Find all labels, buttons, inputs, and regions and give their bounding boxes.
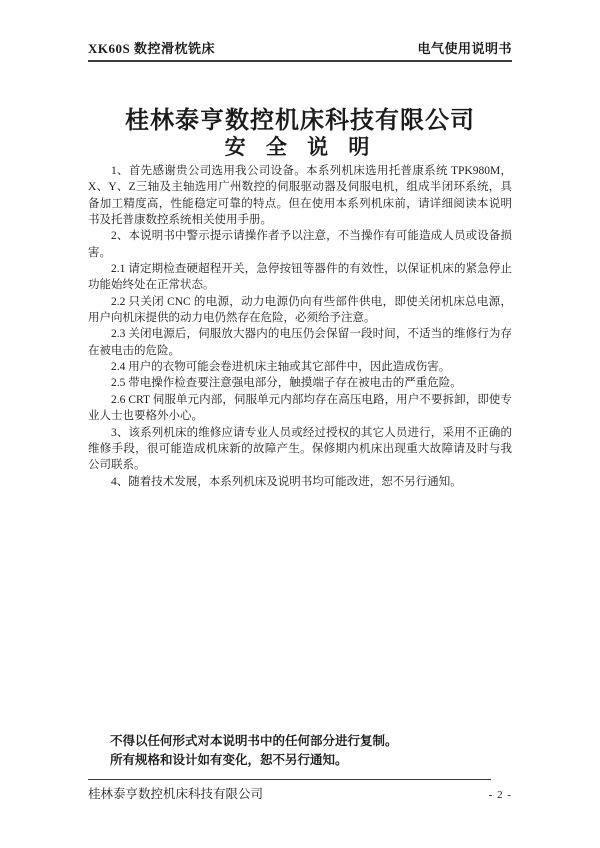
safety-paragraph-2-2: 2.2 只关闭 CNC 的电源，动力电源仍向有些部件供电，即使关闭机床总电源，用…: [88, 294, 512, 327]
manual-page: XK60S 数控滑枕铣床 电气使用说明书 桂林泰亨数控机床科技有限公司 安 全 …: [0, 0, 600, 848]
safety-paragraph-2-1: 2.1 请定期检查硬超程开关，急停按钮等器件的有效性，以保证机床的紧急停止功能始…: [88, 261, 512, 294]
safety-instructions: 1、首先感谢贵公司选用我公司设备。本系列机床选用托普康系统 TPK980M，X、…: [88, 163, 512, 490]
safety-paragraph-2: 2、本说明书中警示提示请操作者予以注意，不当操作有可能造成人员或设备损害。: [88, 228, 512, 261]
safety-paragraph-1: 1、首先感谢贵公司选用我公司设备。本系列机床选用托普康系统 TPK980M，X、…: [88, 163, 512, 228]
safety-paragraph-3: 3、该系列机床的维修应请专业人员或经过授权的其它人员进行，采用不正确的维修手段，…: [88, 425, 512, 474]
notice-line-changes: 所有规格和设计如有变化，恕不另行通知。: [110, 751, 398, 770]
safety-heading: 安 全 说 明: [0, 131, 600, 161]
safety-paragraph-2-5: 2.5 带电操作检查要注意强电部分，触摸端子存在被电击的严重危险。: [88, 375, 512, 391]
safety-paragraph-2-6: 2.6 CRT 伺服单元内部，伺服单元内部均存在高压电路，用户不要拆卸，即使专业…: [88, 392, 512, 425]
safety-paragraph-2-4: 2.4 用户的衣物可能会卷进机床主轴或其它部件中，因此造成伤害。: [88, 359, 512, 375]
header-doc-title: 电气使用说明书: [417, 38, 512, 57]
safety-paragraph-2-3: 2.3 关闭电源后，伺服放大器内的电压仍会保留一段时间，不适当的维修行为存在被电…: [88, 326, 512, 359]
copyright-notice: 不得以任何形式对本说明书中的任何部分进行复制。 所有规格和设计如有变化，恕不另行…: [110, 732, 398, 769]
notice-line-copy: 不得以任何形式对本说明书中的任何部分进行复制。: [110, 732, 398, 751]
page-header: XK60S 数控滑枕铣床 电气使用说明书: [88, 38, 512, 62]
safety-paragraph-4: 4、随着技术发展，本系列机床及说明书均可能改进，恕不另行通知。: [88, 474, 512, 490]
page-footer: 桂林泰亨数控机床科技有限公司 - 2 -: [88, 779, 512, 802]
page-number: - 2 -: [489, 789, 512, 801]
header-machine-model: XK60S 数控滑枕铣床: [88, 38, 215, 57]
company-title: 桂林泰亨数控机床科技有限公司: [0, 100, 600, 135]
footer-company: 桂林泰亨数控机床科技有限公司: [88, 784, 263, 802]
